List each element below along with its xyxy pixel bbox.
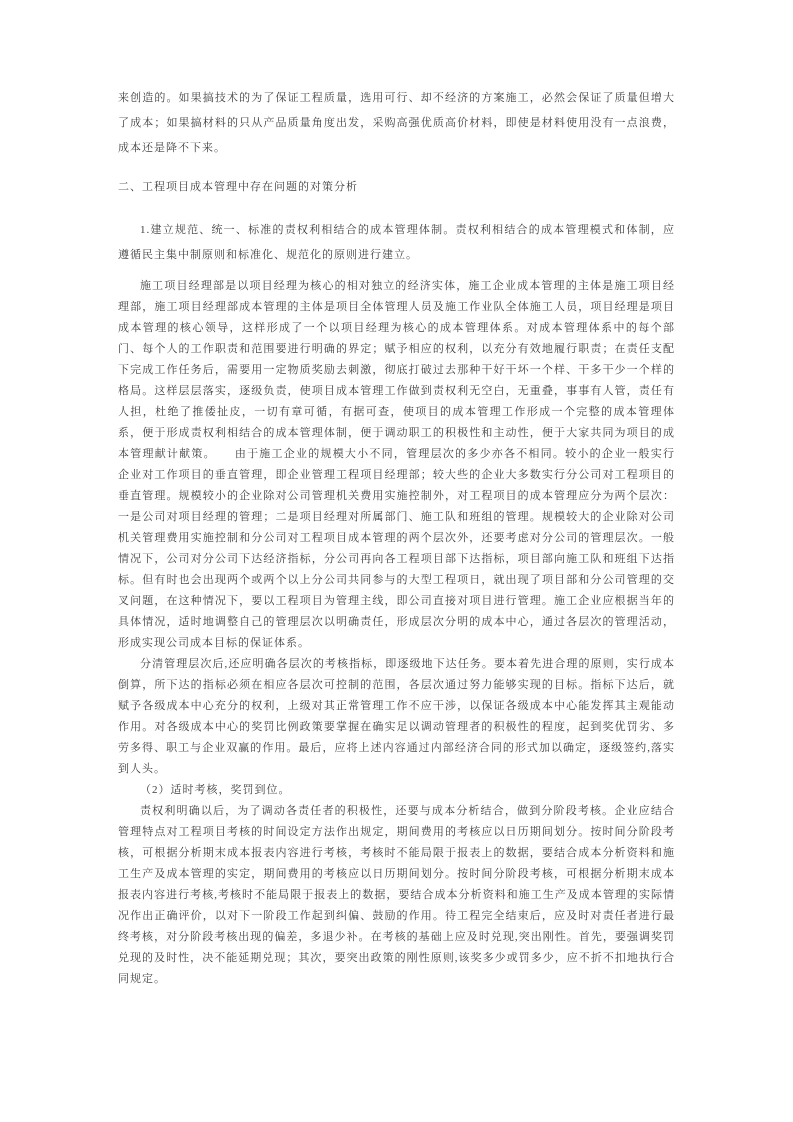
paragraph-continuation: 来创造的。如果搞技术的为了保证工程质量，选用可行、却不经济的方案施工，必然会保证… [118, 86, 675, 161]
section-heading: 二、工程项目成本管理中存在问题的对策分析 [118, 175, 675, 200]
paragraph-reward-punishment: 责权利明确以后，为了调动各责任者的积极性，还要与成本分析结合，做到分阶段考核。企… [118, 801, 675, 990]
document-page: 来创造的。如果搞技术的为了保证工程质量，选用可行、却不经济的方案施工，必然会保证… [0, 0, 793, 1122]
paragraph-timely-assessment-heading: （2）适时考核，奖罚到位。 [118, 780, 675, 801]
paragraph-assessment-targets: 分清管理层次后,还应明确各层次的考核指标，即逐级地下达任务。要本着先进合理的原则… [118, 654, 675, 780]
paragraph-cost-system: 1.建立规范、统一、标准的责权利相结合的成本管理体制。责权利相结合的成本管理模式… [118, 218, 675, 268]
paragraph-project-dept: 施工项目经理部是以项目经理为核心的相对独立的经济实体，施工企业成本管理的主体是施… [118, 276, 675, 654]
